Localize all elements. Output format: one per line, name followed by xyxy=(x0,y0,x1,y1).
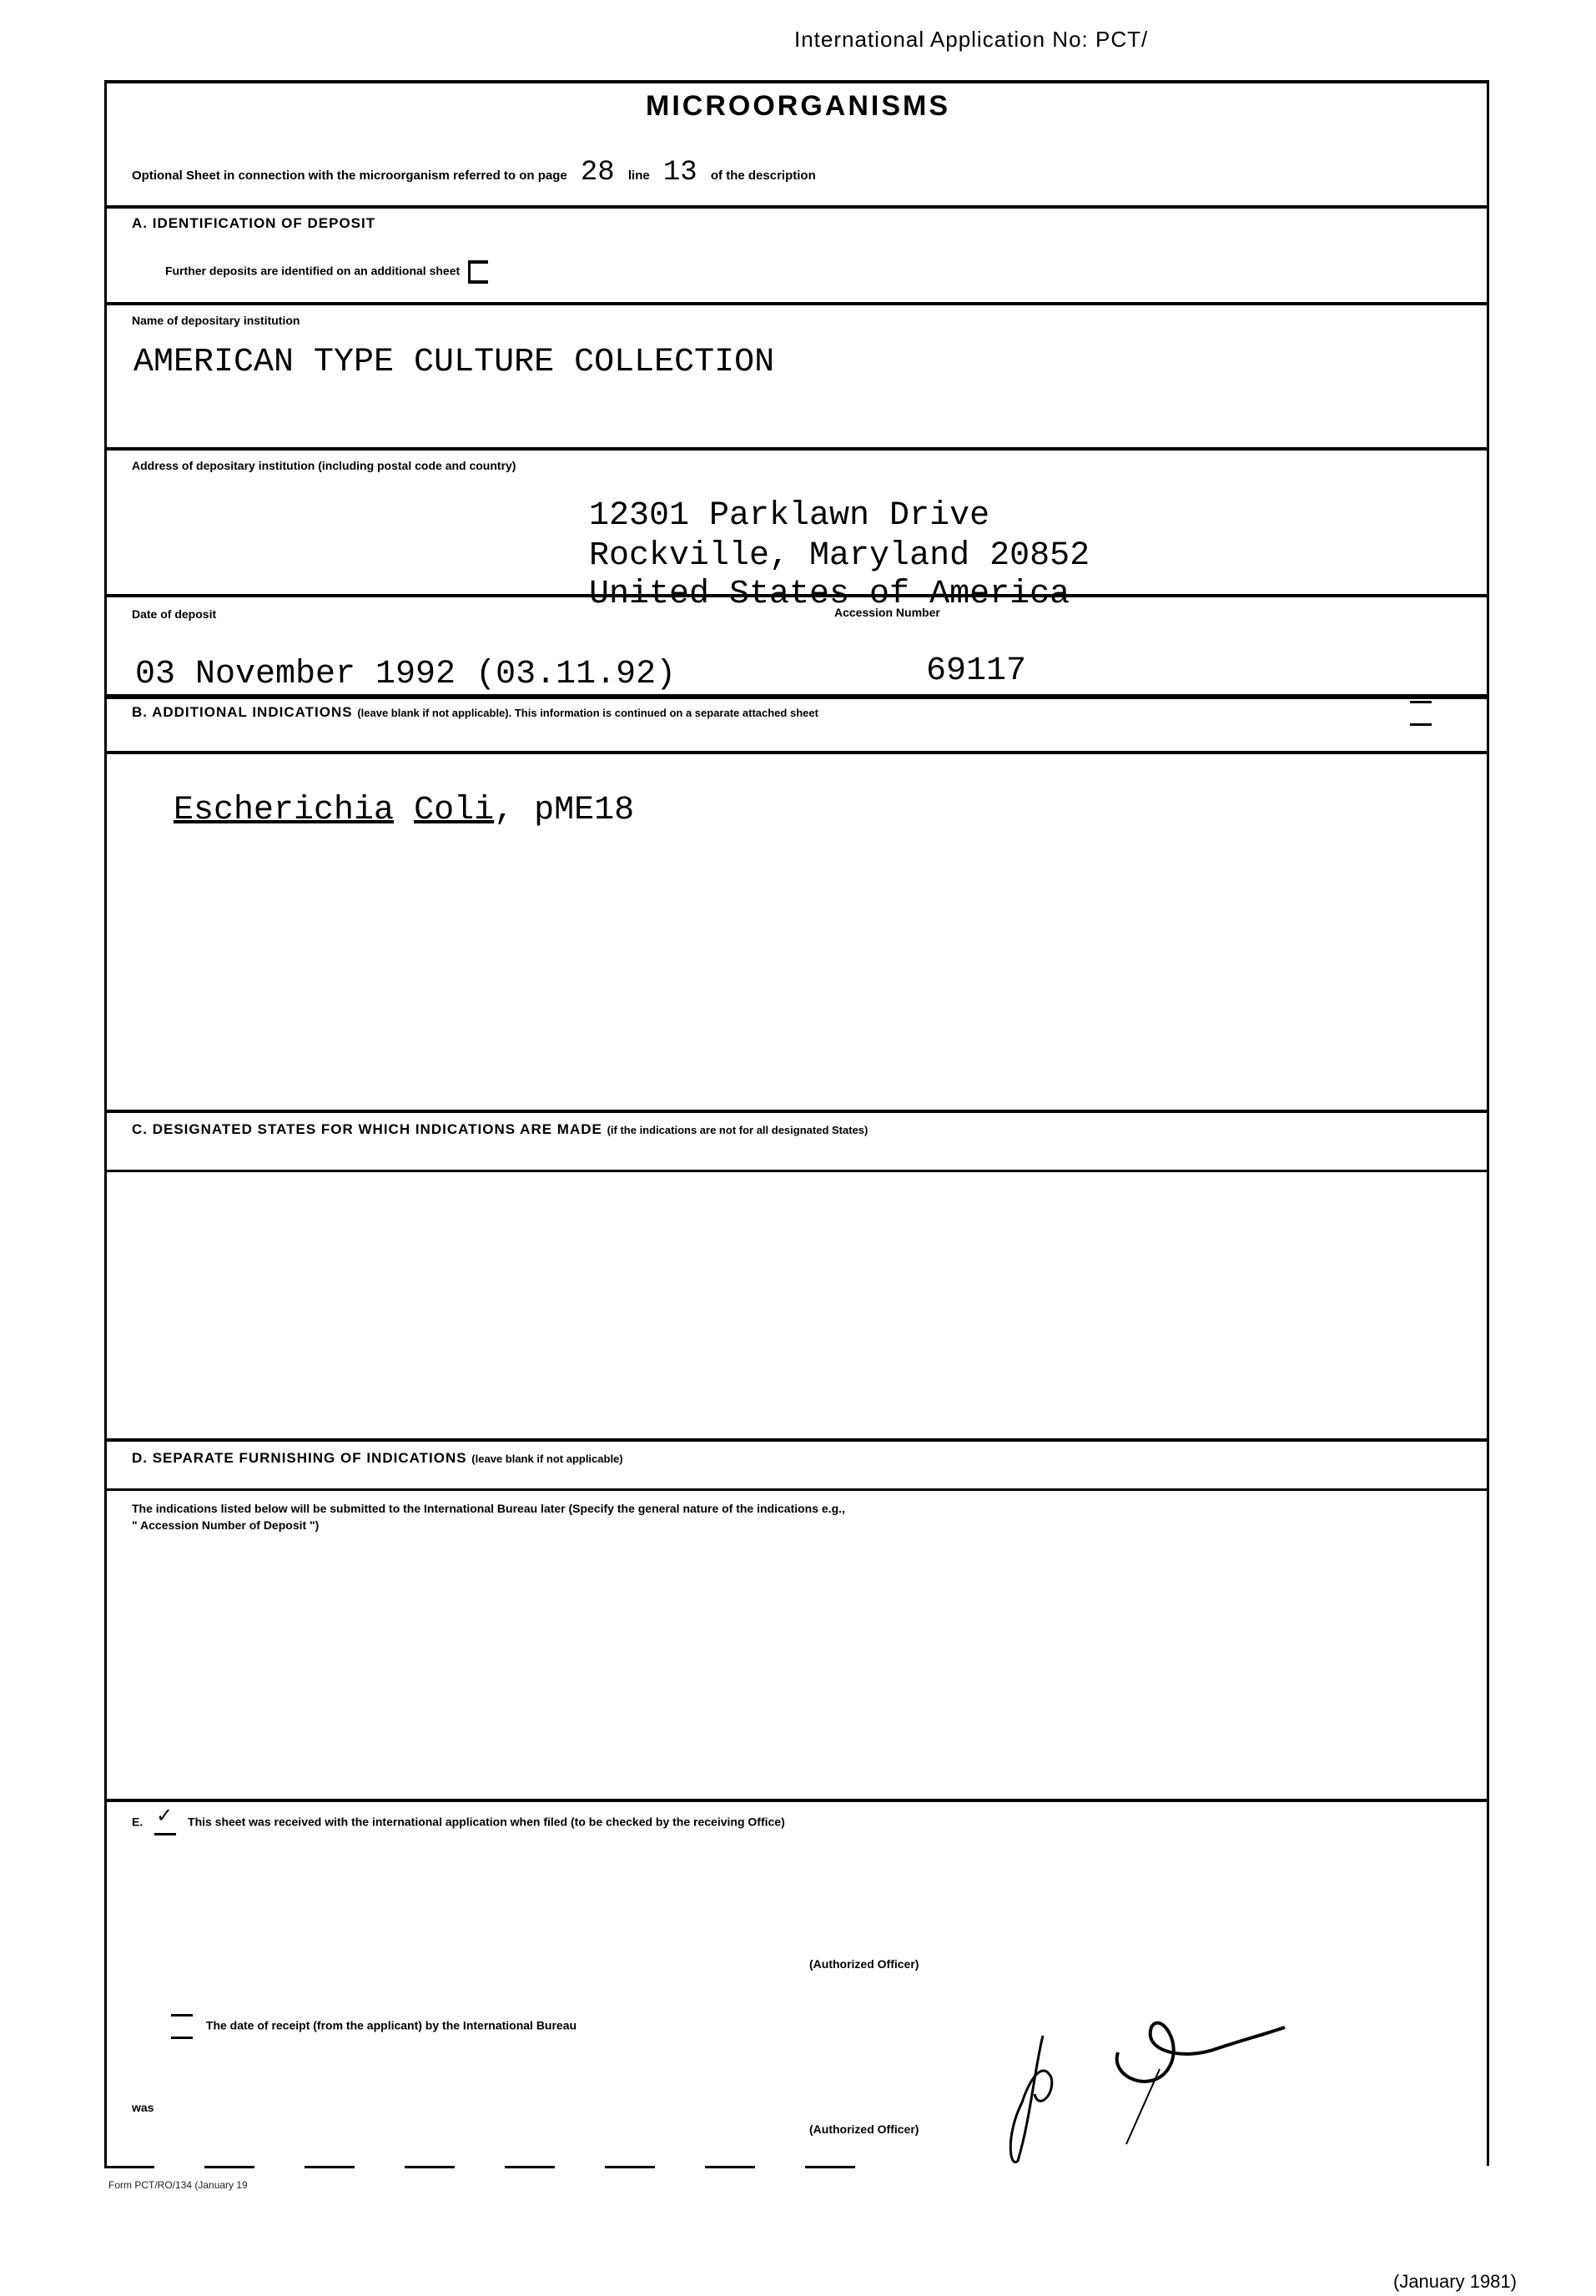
divider xyxy=(104,694,1489,699)
optional-sheet-prefix: Optional Sheet in connection with the mi… xyxy=(132,169,567,183)
separate-furnishing-field[interactable] xyxy=(133,1543,1468,1794)
international-application-number-label: International Application No: PCT/ xyxy=(794,27,1148,53)
strikethrough-line xyxy=(589,594,1190,597)
was-label: was xyxy=(132,2101,154,2114)
section-c-note: (if the indications are not for all desi… xyxy=(607,1124,868,1136)
optional-sheet-line: Optional Sheet in connection with the mi… xyxy=(132,157,816,189)
received-checkbox[interactable]: ✓ xyxy=(154,1810,176,1835)
received-text: This sheet was received with the interna… xyxy=(188,1815,785,1829)
organism-genus: Escherichia xyxy=(174,792,394,829)
line-label: line xyxy=(628,169,650,183)
section-b-heading-row: B. ADDITIONAL INDICATIONS (leave blank i… xyxy=(132,704,818,721)
institution-label: Name of depositary institution xyxy=(132,314,300,327)
further-deposits-row: Further deposits are identified on an ad… xyxy=(165,260,488,284)
section-b-heading: B. ADDITIONAL INDICATIONS xyxy=(132,704,353,720)
section-c-heading-row: C. DESIGNATED STATES FOR WHICH INDICATIO… xyxy=(132,1121,868,1138)
section-a-heading: A. IDENTIFICATION OF DEPOSIT xyxy=(132,215,375,232)
accession-number-label: Accession Number xyxy=(834,606,940,619)
checkbox-icon xyxy=(1410,701,1432,726)
address-line-1[interactable]: 12301 Parklawn Drive xyxy=(589,497,989,535)
section-d-note: (leave blank if not applicable) xyxy=(471,1453,622,1465)
address-line-2[interactable]: Rockville, Maryland 20852 xyxy=(589,537,1090,575)
section-d-body-line-2: " Accession Number of Deposit ") xyxy=(132,1518,319,1532)
section-d-heading: D. SEPARATE FURNISHING OF INDICATIONS xyxy=(132,1450,467,1466)
form-reference: Form PCT/RO/134 (January 19 xyxy=(108,2179,248,2191)
section-c-heading: C. DESIGNATED STATES FOR WHICH INDICATIO… xyxy=(132,1121,602,1137)
divider xyxy=(104,447,1489,451)
divider xyxy=(104,302,1489,305)
section-d-body-line-1: The indications listed below will be sub… xyxy=(132,1502,845,1515)
divider xyxy=(104,1110,1489,1113)
authorized-officer-label-2: (Authorized Officer) xyxy=(809,2122,919,2136)
section-b-note: (leave blank if not applicable). This in… xyxy=(357,707,818,719)
additional-indications-field[interactable]: Escherichia Coli, pME18 xyxy=(133,754,634,829)
date-of-deposit-field[interactable]: 03 November 1992 (03.11.92) xyxy=(135,656,676,693)
section-d-heading-row: D. SEPARATE FURNISHING OF INDICATIONS (l… xyxy=(132,1450,623,1467)
divider xyxy=(104,205,1489,209)
date-reference: (January 1981) xyxy=(1393,2271,1517,2293)
date-of-deposit-label: Date of deposit xyxy=(132,607,216,621)
optional-sheet-suffix: of the description xyxy=(711,169,816,183)
divider xyxy=(104,1488,1489,1491)
date-receipt-checkbox[interactable] xyxy=(171,2014,193,2039)
authorized-officer-label-1: (Authorized Officer) xyxy=(809,1957,919,1971)
checkmark-icon: ✓ xyxy=(156,1804,173,1827)
page-number-field[interactable]: 28 xyxy=(581,157,615,189)
accession-number-field[interactable]: 69117 xyxy=(926,652,1026,690)
address-label: Address of depositary institution (inclu… xyxy=(132,459,516,472)
organism-species: Coli xyxy=(414,792,494,829)
line-number-field[interactable]: 13 xyxy=(663,157,697,189)
signature-image xyxy=(984,2002,1335,2169)
date-receipt-text: The date of receipt (from the applicant)… xyxy=(206,2019,576,2032)
plasmid-name: , pME18 xyxy=(494,792,634,829)
footer-rule xyxy=(104,2166,855,2168)
further-deposits-label: Further deposits are identified on an ad… xyxy=(165,264,460,278)
form-title: MICROORGANISMS xyxy=(0,90,1596,123)
section-e-label: E. xyxy=(132,1815,143,1829)
divider xyxy=(104,1799,1489,1802)
further-deposits-checkbox[interactable] xyxy=(468,260,488,284)
divider xyxy=(104,1170,1489,1172)
section-e-received-row: E. ✓ This sheet was received with the in… xyxy=(132,1810,785,1835)
divider xyxy=(104,1438,1489,1442)
institution-name-field[interactable]: AMERICAN TYPE CULTURE COLLECTION xyxy=(133,344,774,381)
date-receipt-row: The date of receipt (from the applicant)… xyxy=(171,2014,576,2039)
designated-states-field[interactable] xyxy=(133,1176,1468,1435)
continued-sheet-checkbox[interactable] xyxy=(1410,701,1432,730)
